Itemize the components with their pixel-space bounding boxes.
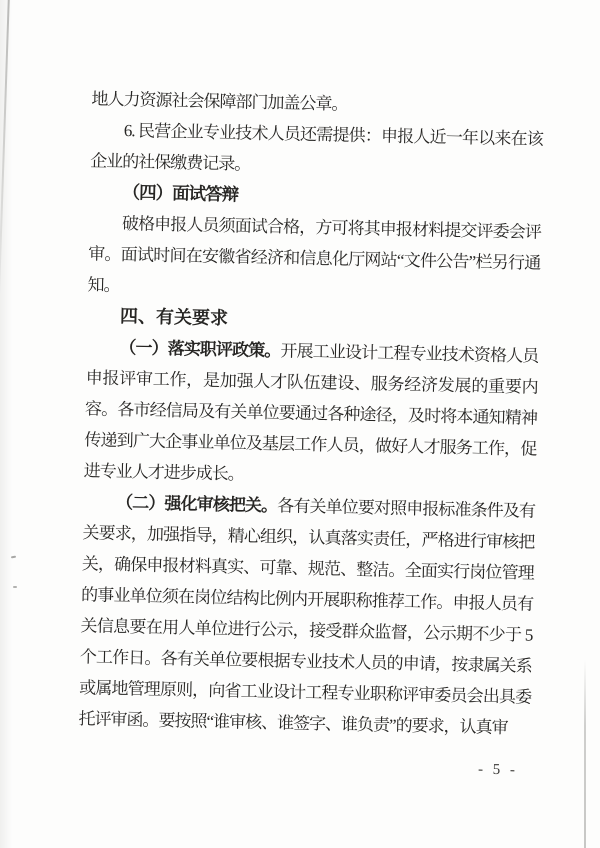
page-number: - 5 - xyxy=(478,762,518,780)
paragraph-lead-strengthen-review: （二）强化审核把关。 xyxy=(116,493,278,515)
paragraph-interview-requirement: 破格申报人员须面试合格，方可将其申报材料提交评委会评审。面试时间在安徽省经济和信… xyxy=(87,207,541,309)
paragraph-lead-implement-policy: （一）落实职评政策。 xyxy=(119,338,281,360)
paragraph-1-implement-policy: （一）落实职评政策。开展工业设计工程专业技术资格人员申报评审工作，是加强人才队伍… xyxy=(83,331,538,495)
scan-artifact-speck xyxy=(11,556,16,559)
scan-artifact-speck xyxy=(13,586,17,588)
paragraph-item-6-private-enterprise: 6. 民营企业专业技术人员还需提供：申报人近一年以来在该企业的社保缴费记录。 xyxy=(90,114,543,185)
scan-artifact-right-edge-line xyxy=(584,660,586,848)
paragraph-2-strengthen-review: （二）强化审核把关。各有关单位要对照申报标准条件及有关要求，加强指导，精心组织，… xyxy=(78,486,535,743)
document-content: 地人力资源社会保障部门加盖公章。 6. 民营企业专业技术人员还需提供：申报人近一… xyxy=(78,83,544,743)
paragraph-text-implement-policy: 开展工业设计工程专业技术资格人员申报评审工作，是加强人才队伍建设、服务经济发展的… xyxy=(84,341,539,483)
document-page: 地人力资源社会保障部门加盖公章。 6. 民营企业专业技术人员还需提供：申报人近一… xyxy=(0,0,600,848)
scan-edge-shading xyxy=(0,0,12,848)
paragraph-text-strengthen-review: 各有关单位要对照申报标准条件及有关要求，加强指导，精心组织，认真落实责任，严格进… xyxy=(78,496,535,737)
